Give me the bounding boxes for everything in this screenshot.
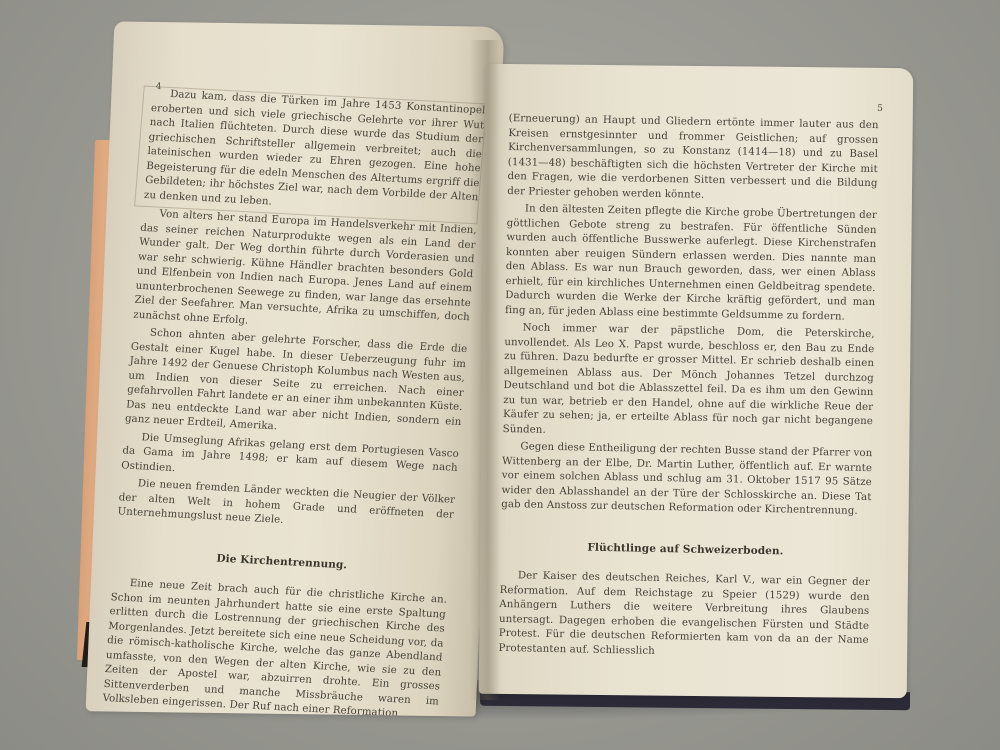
paragraph: Der Kaiser des deutschen Reiches, Karl V… bbox=[498, 569, 870, 663]
paragraph: Von alters her stand Europa im Handelsve… bbox=[133, 207, 477, 340]
paragraph: Eine neue Zeit brach auch für die christ… bbox=[102, 576, 448, 716]
paragraph: Noch immer war der päpstliche Dom, die P… bbox=[503, 321, 875, 444]
highlighted-passage: Dazu kam, dass die Türken im Jahre 1453 … bbox=[134, 86, 487, 225]
paragraph: Gegen diese Entheiligung der rechten Bus… bbox=[501, 440, 872, 520]
right-page-text: (Erneuerung) an Haupt und Gliedern ertön… bbox=[498, 112, 878, 663]
left-page-text: Dazu kam, dass die Türken im Jahre 1453 … bbox=[102, 86, 487, 717]
photo-scene: 4 Dazu kam, dass die Türken im Jahre 145… bbox=[0, 0, 1000, 750]
paragraph: Dazu kam, dass die Türken im Jahre 1453 … bbox=[143, 87, 485, 220]
paragraph: In den ältesten Zeiten pflegte die Kirch… bbox=[505, 202, 877, 325]
paragraph: Schon ahnten aber gelehrte Forscher, das… bbox=[124, 326, 467, 445]
section-heading: Flüchtlinge auf Schweizerboden. bbox=[500, 538, 870, 560]
page-number-right: 5 bbox=[877, 104, 883, 114]
right-page: 5 (Erneuerung) an Haupt und Gliedern ert… bbox=[479, 64, 914, 698]
section-heading: Die Kirchentrennung. bbox=[114, 546, 450, 578]
paragraph: (Erneuerung) an Haupt und Gliedern ertön… bbox=[507, 112, 879, 206]
left-page: 4 Dazu kam, dass die Türken im Jahre 145… bbox=[86, 21, 505, 716]
